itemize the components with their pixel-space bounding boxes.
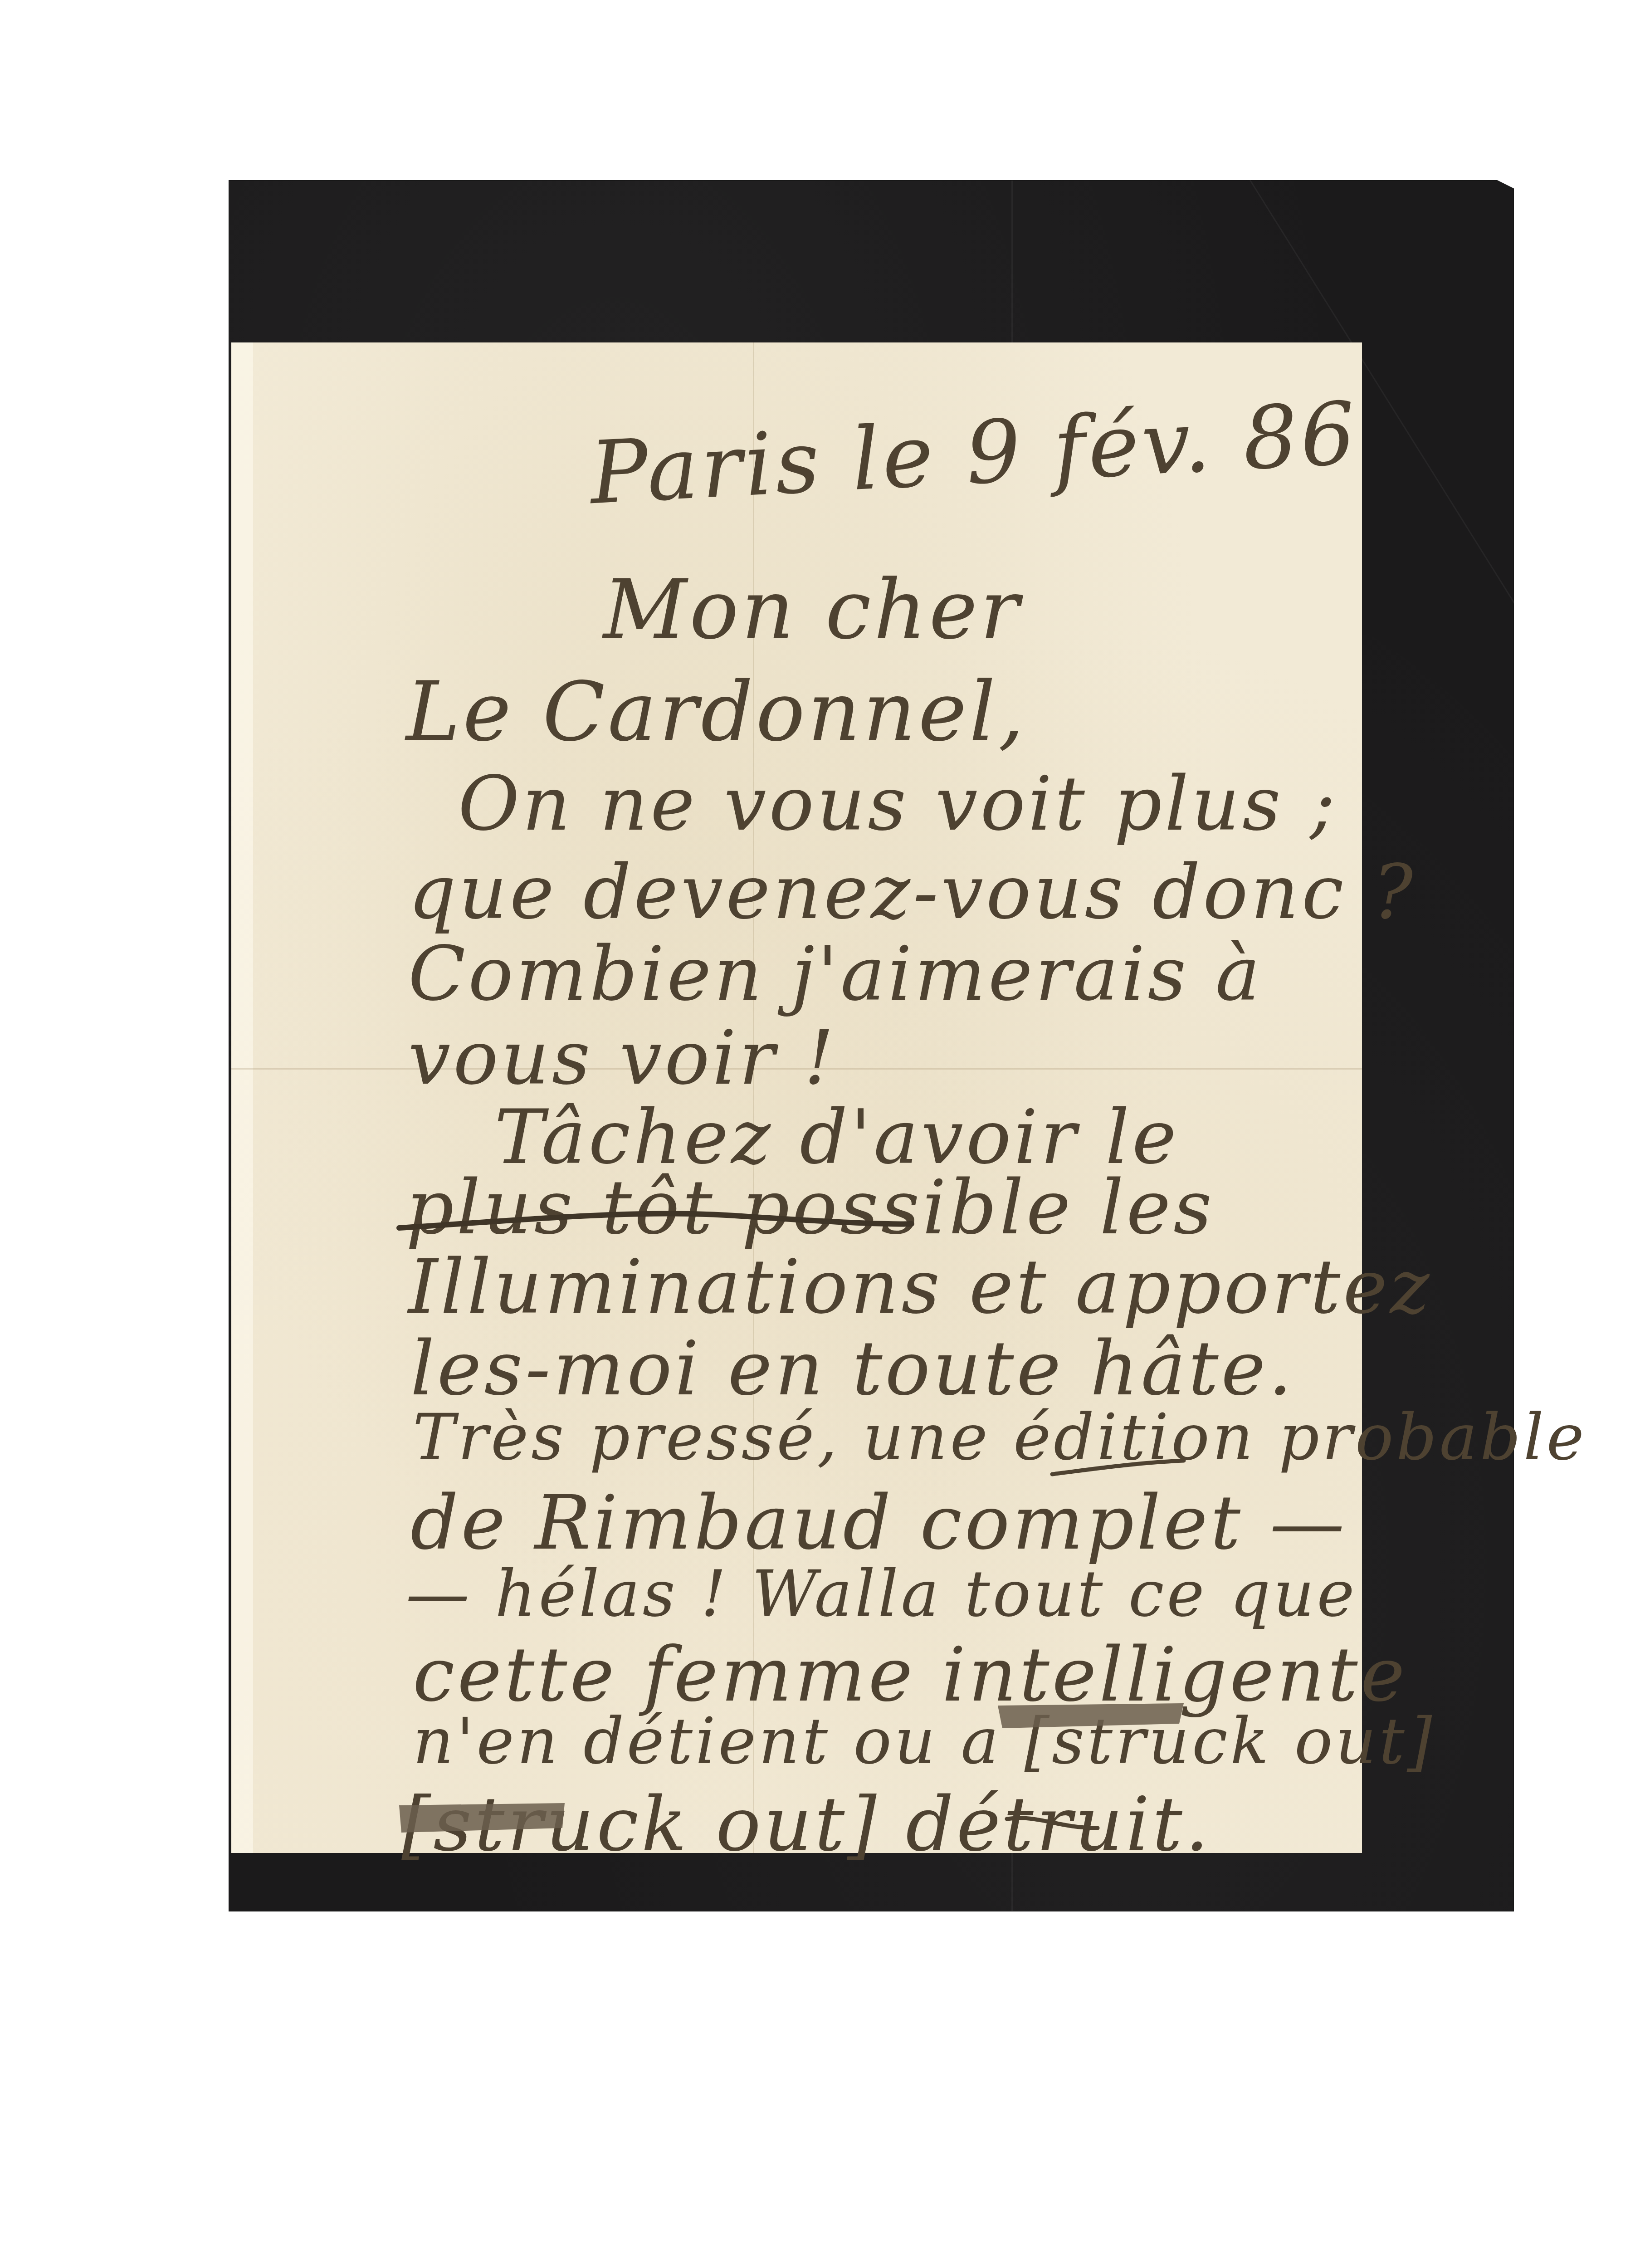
letter-body-line: [struck out] détruit. [401,1787,1211,1862]
letter-body-line: de Rimbaud complet — [410,1486,1347,1560]
letter-body-line: cette femme intelligente [413,1637,1407,1712]
letter-body-line: les-moi en toute hâte. [410,1331,1295,1406]
letter-body-line: que devenez-vous donc ? [408,855,1416,930]
letter-body-line: Illuminations et apportez [408,1250,1432,1325]
letter-body-line: — hélas ! Walla tout ce que [406,1563,1357,1626]
letter-body-line: Très pressé, une édition probable [413,1406,1587,1470]
letter-body-line: vous voir ! [408,1021,837,1095]
sheet-clipped-corner [1496,180,1514,189]
letter-body-line: On ne vous voit plus ; [458,767,1338,841]
salutation-line-2: Le Cardonnel, [406,671,1027,753]
paper-left-margin [231,342,253,1853]
salutation-line-1: Mon cher [603,569,1022,651]
letter-body-line: Combien j'aimerais à [408,937,1263,1012]
letter-body-line: n'en détient ou a [struck out] [413,1710,1435,1774]
letter-body-line: plus tôt possible les [406,1170,1215,1245]
